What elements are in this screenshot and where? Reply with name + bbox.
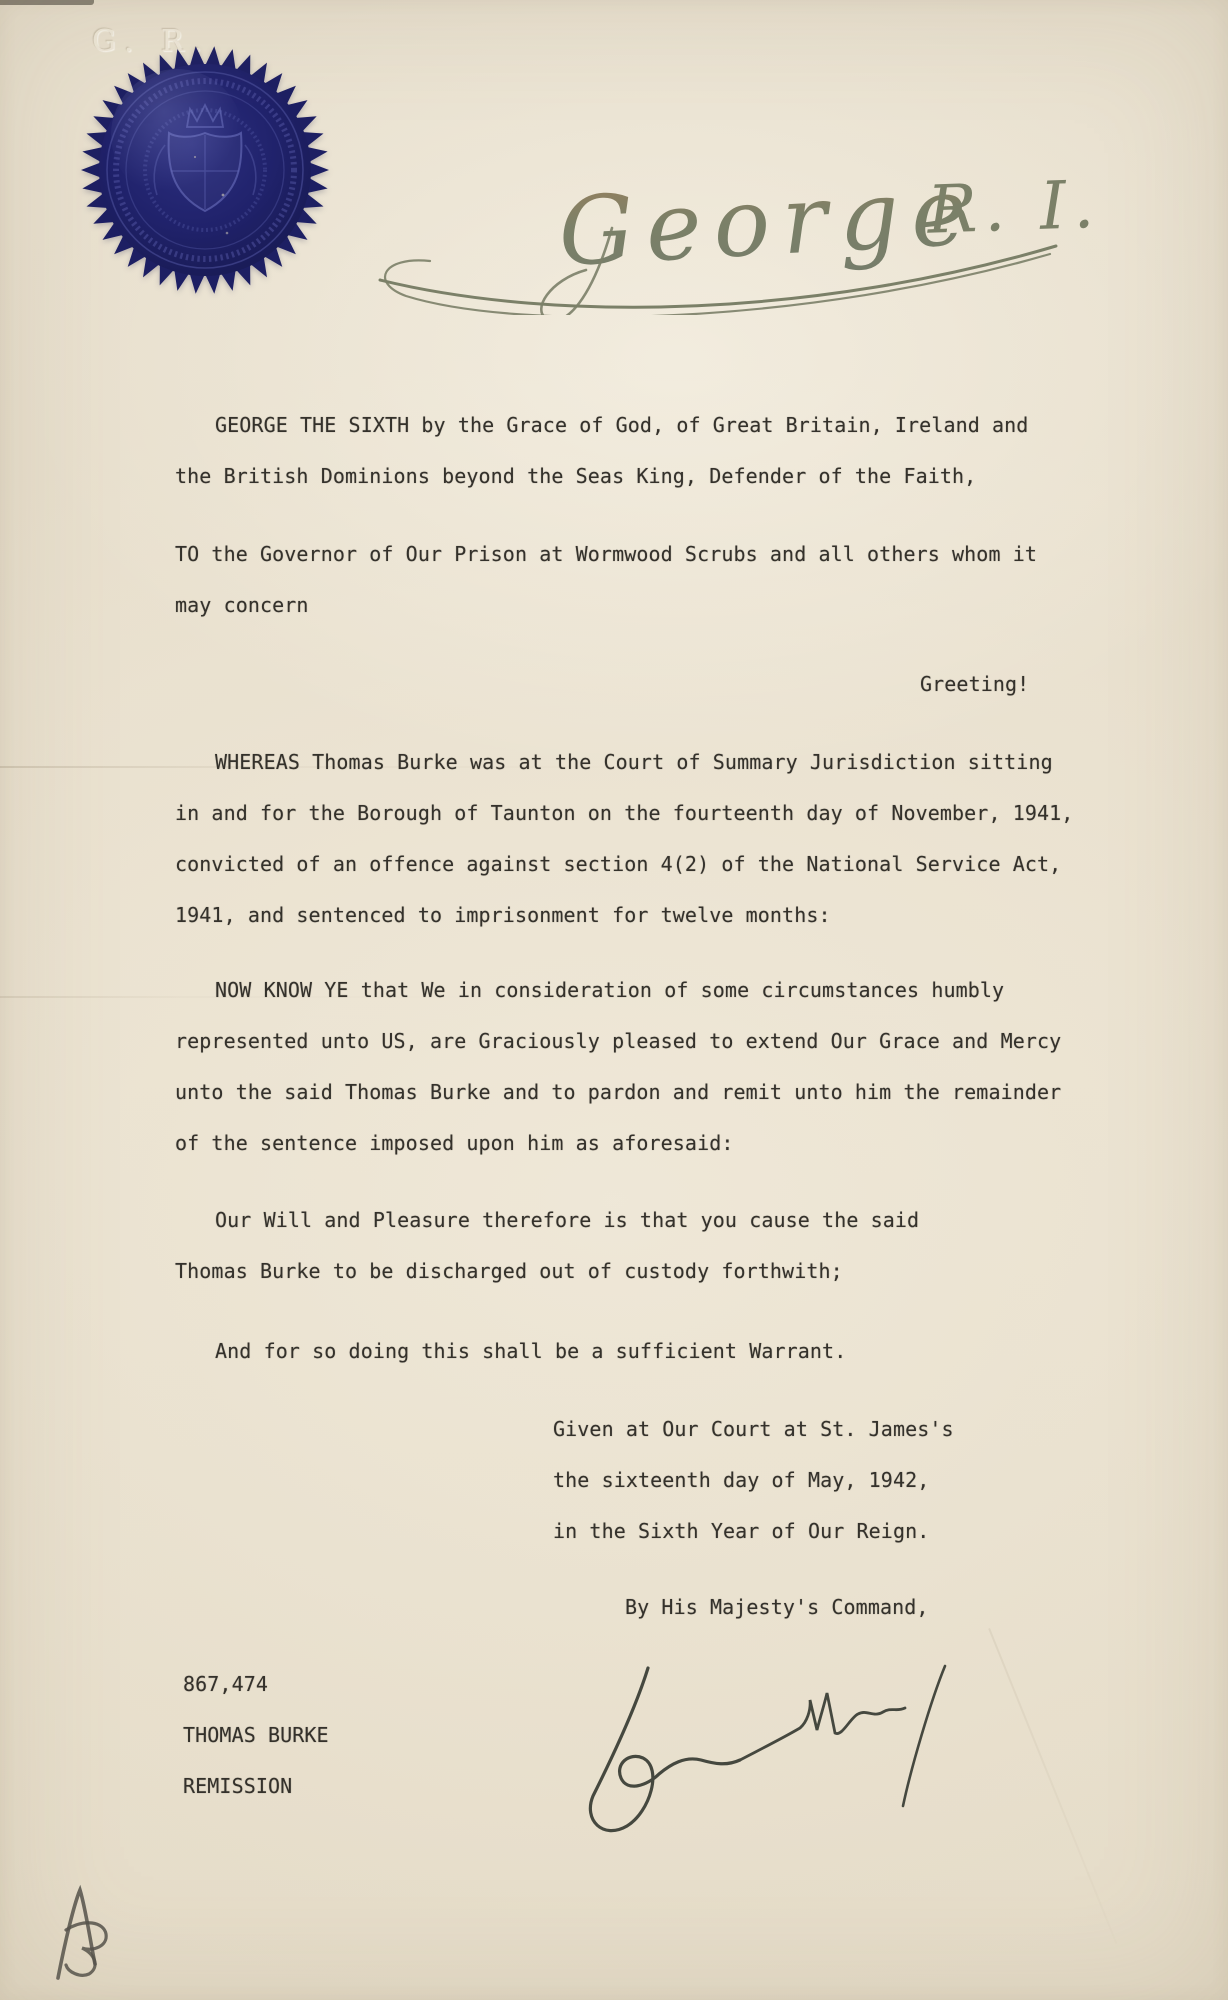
dateline-paragraph: Given at Our Court at St. James's the si…: [553, 1404, 954, 1557]
command-line: By His Majesty's Command,: [625, 1582, 929, 1633]
will-and-pleasure-paragraph: Our Will and Pleasure therefore is that …: [175, 1195, 919, 1297]
royal-seal: [77, 45, 333, 295]
greeting-line: Greeting!: [920, 659, 1029, 710]
paper-crease: [988, 1628, 1117, 1944]
reference-block: 867,474 THOMAS BURKE REMISSION: [183, 1659, 329, 1812]
address-paragraph: TO the Governor of Our Prison at Wormwoo…: [175, 529, 1037, 631]
preamble-paragraph: GEORGE THE SIXTH by the Grace of God, of…: [175, 400, 1028, 502]
royal-signature-name: George: [556, 157, 981, 288]
whereas-paragraph: WHEREAS Thomas Burke was at the Court of…: [175, 737, 1073, 941]
pardon-paragraph: NOW KNOW YE that We in consideration of …: [175, 965, 1061, 1169]
pencil-initials: [38, 1868, 148, 1988]
home-secretary-signature: [555, 1638, 975, 1848]
royal-signature-initials: R. I.: [925, 166, 1090, 249]
royal-warrant-document: G. R.: [0, 0, 1228, 2000]
warrant-line: And for so doing this shall be a suffici…: [175, 1326, 846, 1377]
royal-signature: George R. I.: [350, 130, 1090, 315]
scan-edge-shadow: [0, 0, 94, 5]
